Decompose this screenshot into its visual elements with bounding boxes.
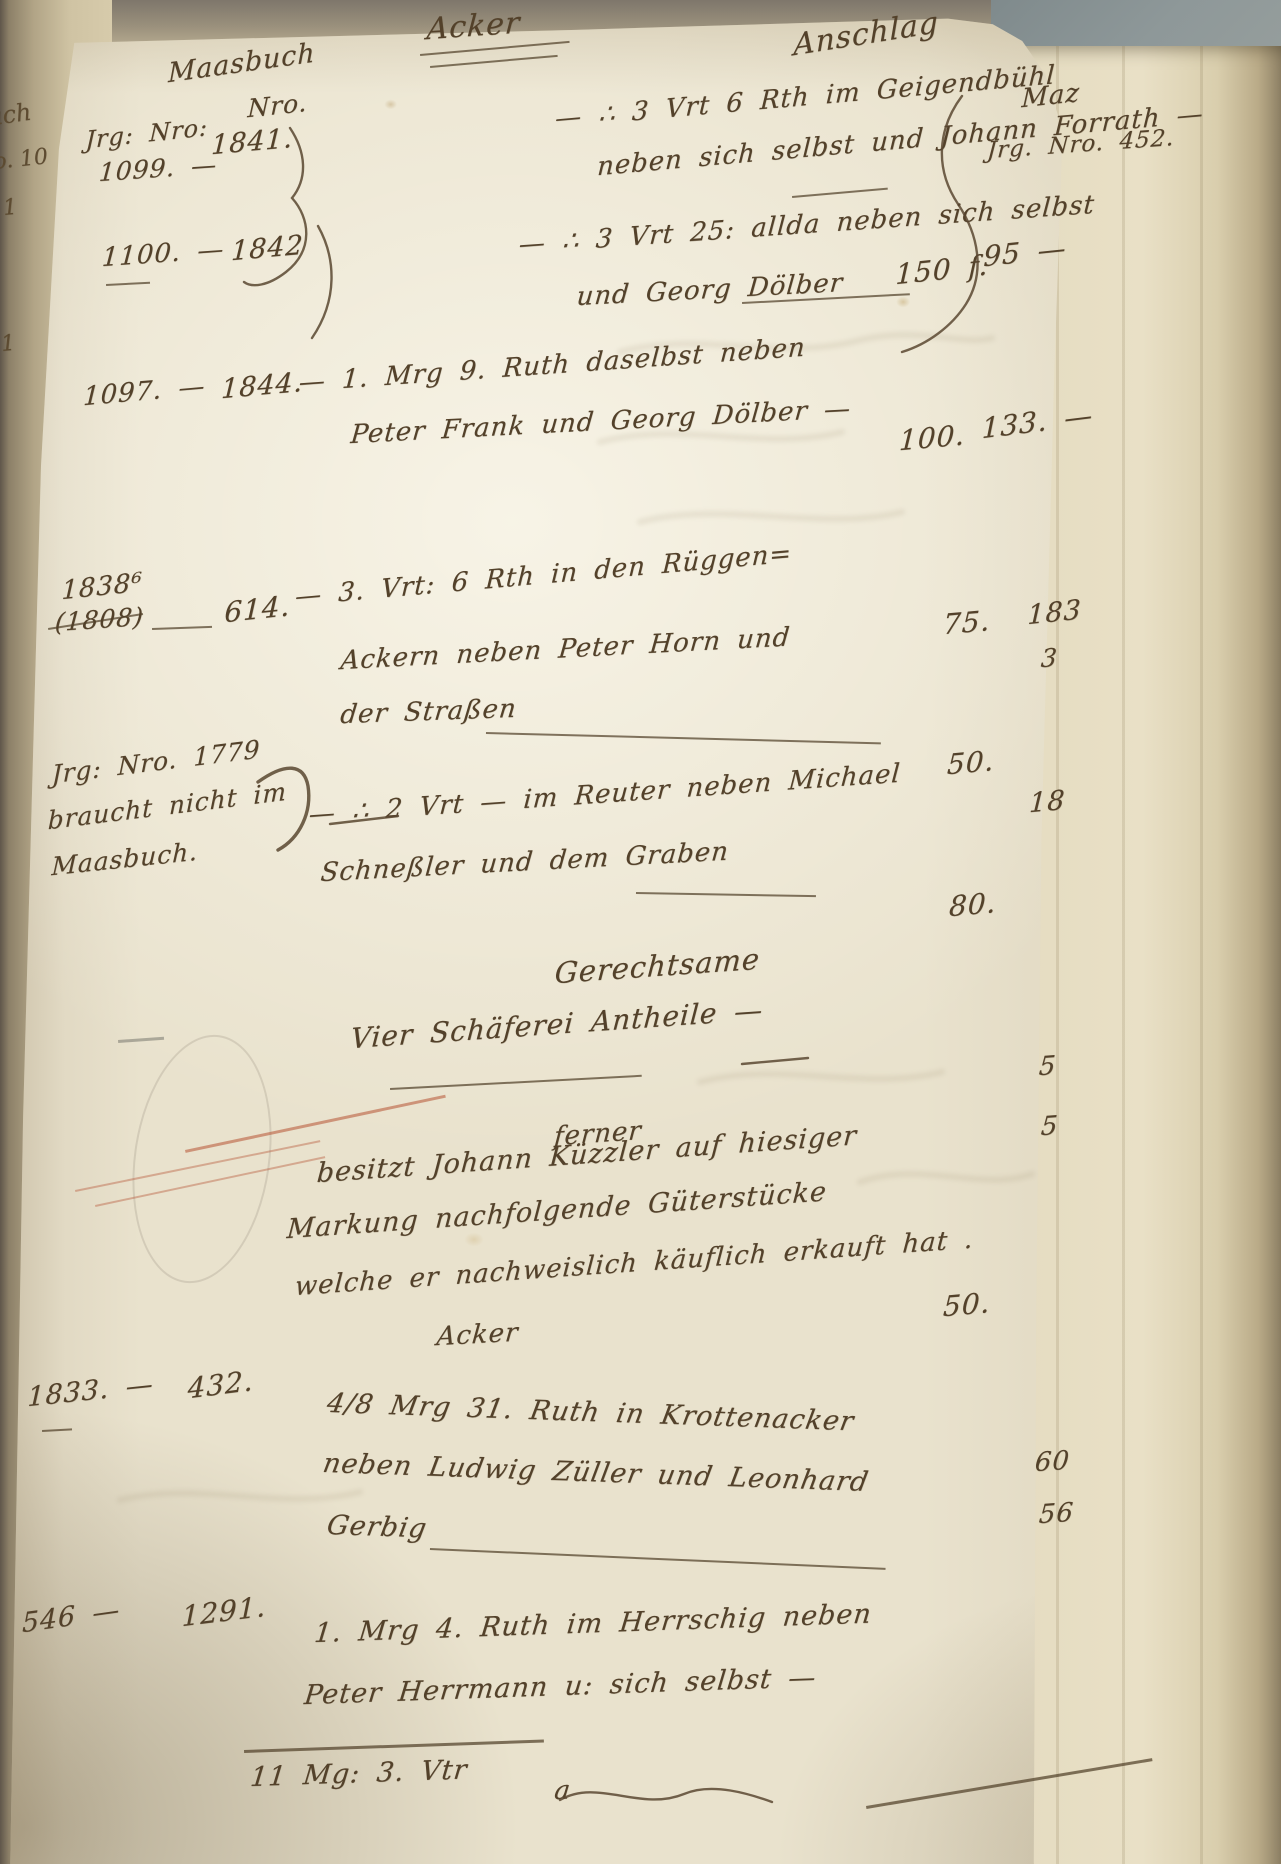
rights-item-trailing-dash [742, 1058, 808, 1064]
brace-after-1842 [312, 226, 332, 338]
photograph-of-register-page: buch o. 10 1 1 Acker Anschlag Maasbuch N… [0, 0, 1281, 1864]
flourish-after-summary [560, 1789, 772, 1802]
big-brace-rows-1-2 [902, 96, 978, 352]
ink-flourishes [0, 0, 1281, 1864]
brace-after-1841 [244, 128, 306, 285]
squiggle-after-1779 [258, 768, 398, 850]
